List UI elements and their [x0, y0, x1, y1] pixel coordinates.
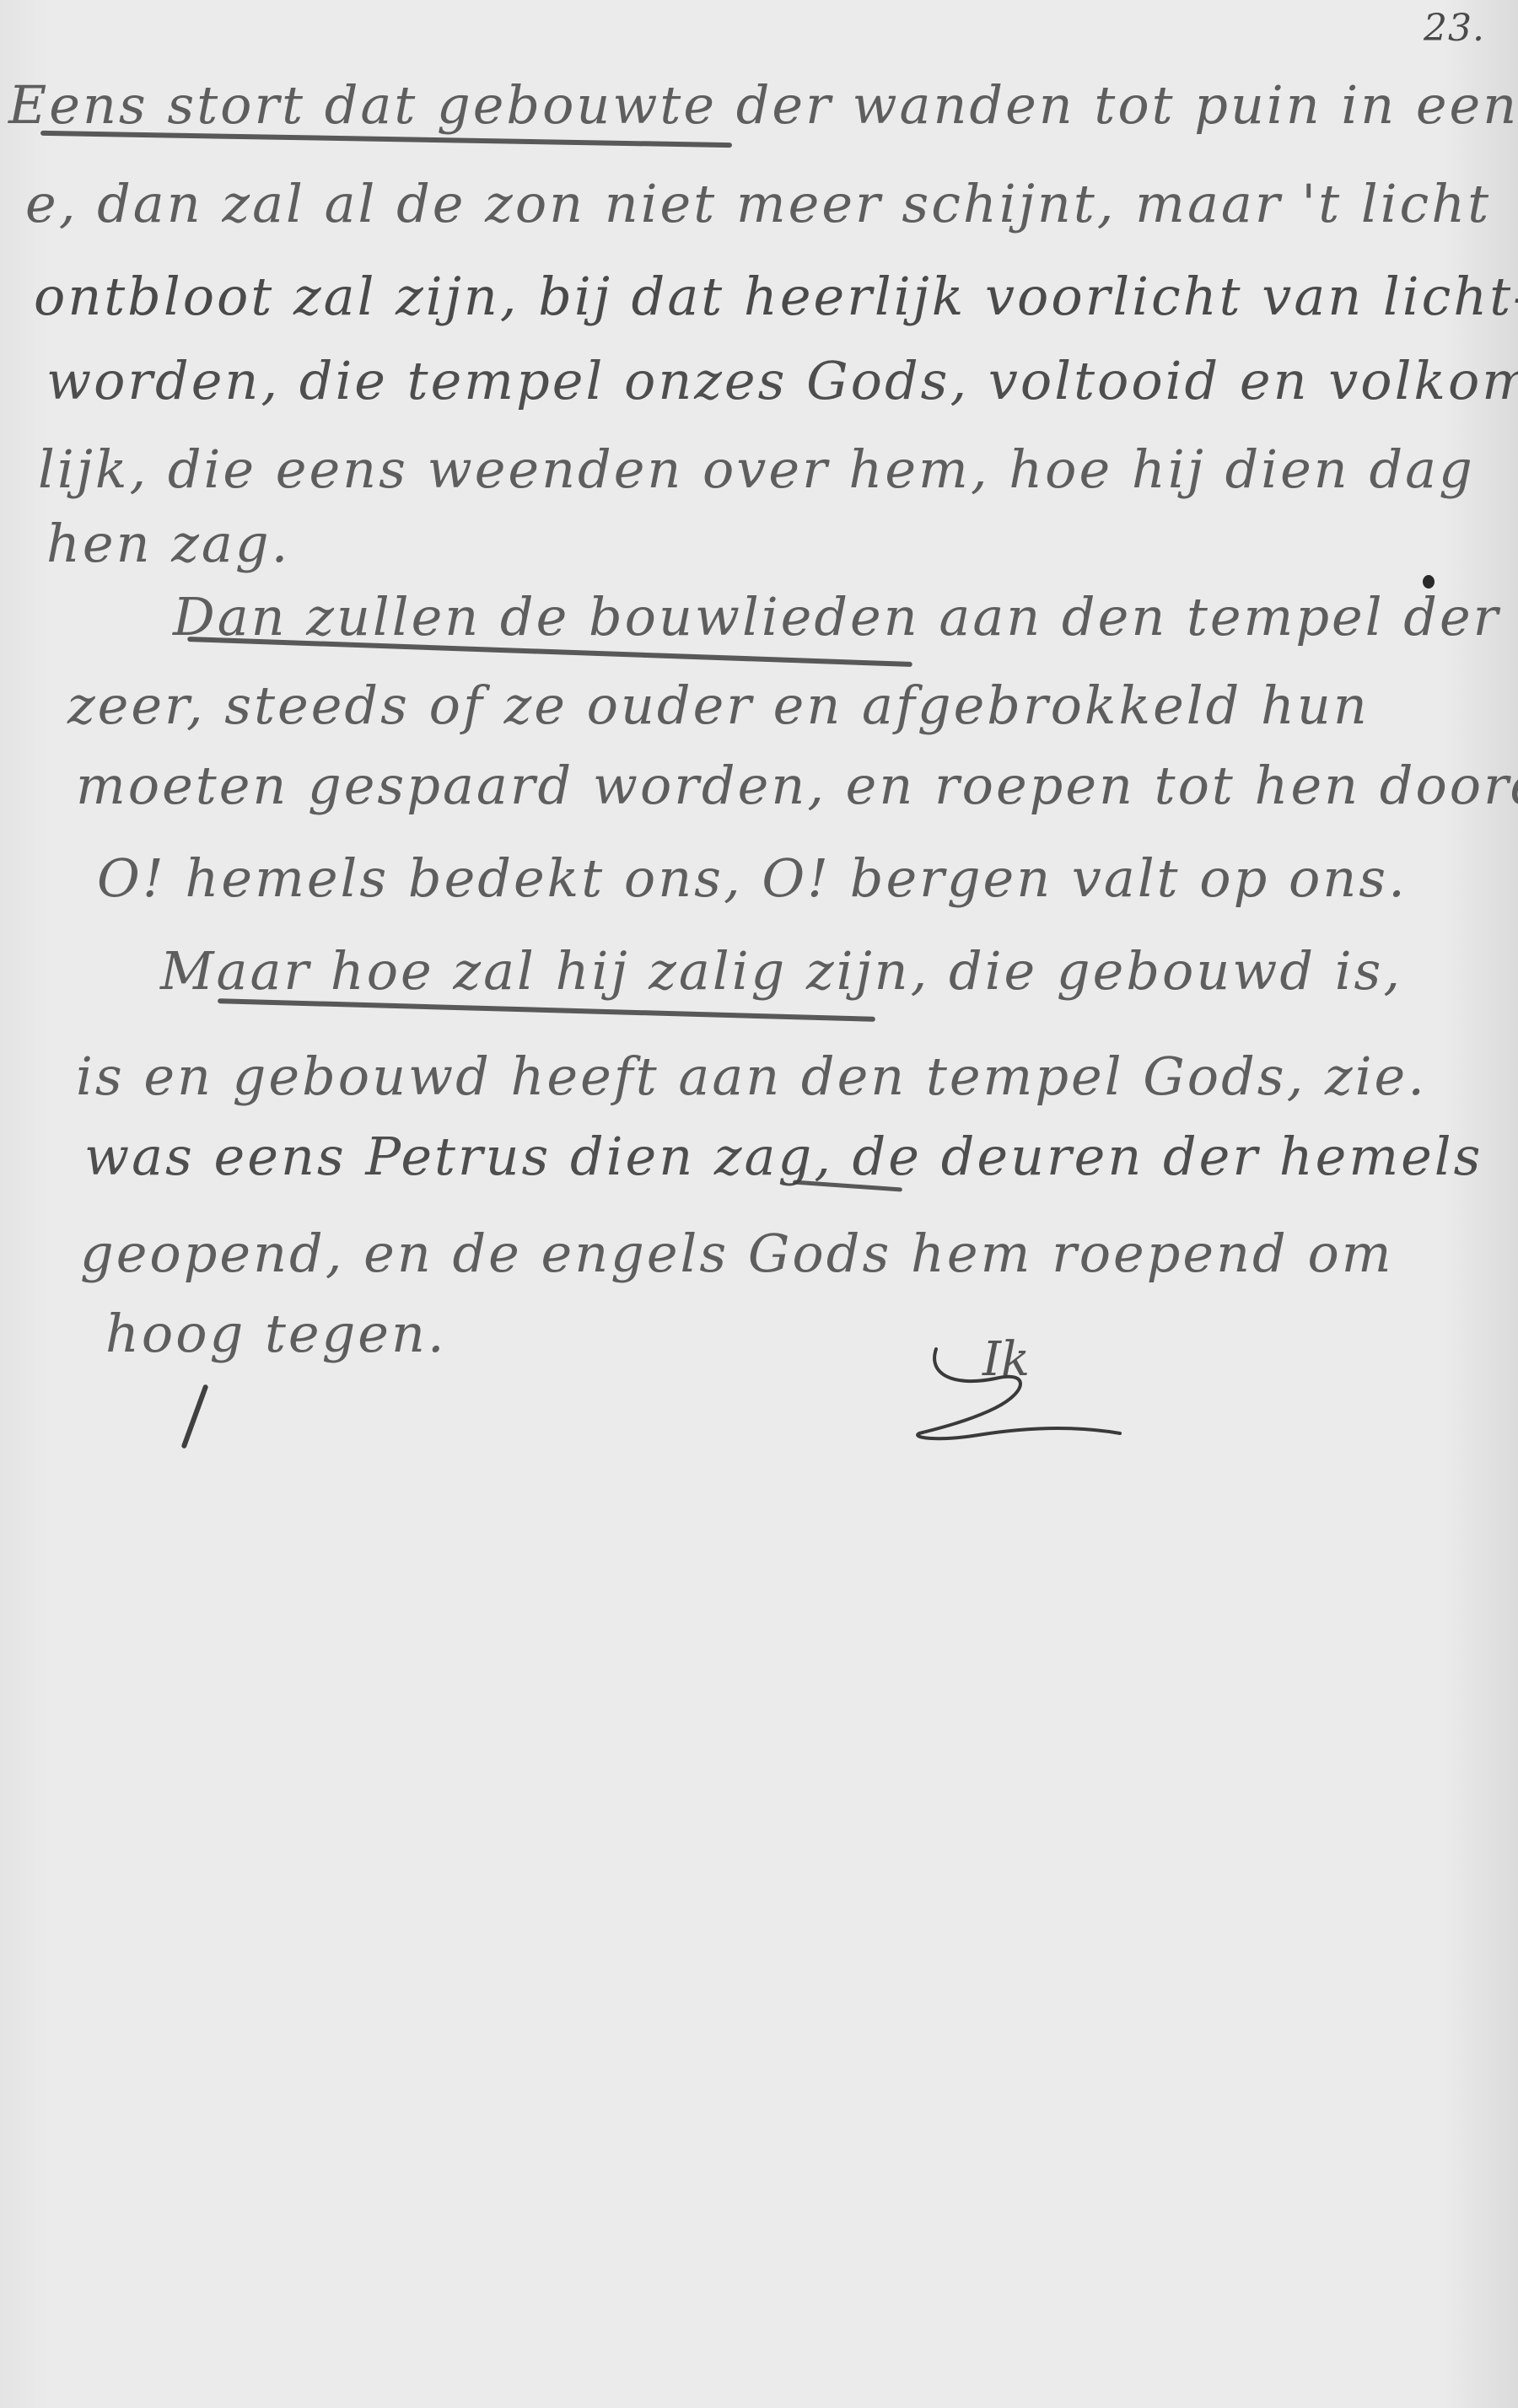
- pen-stroke: [181, 1384, 209, 1449]
- paragraph-1-line-5: lijk, die eens weenden over hem, hoe hij…: [38, 438, 1475, 500]
- signature-flourish: [902, 1341, 1155, 1450]
- manuscript-page: 23. Eens stort dat gebouwte der wanden t…: [0, 0, 1518, 2408]
- paragraph-1-line-4: worden, die tempel onzes Gods, voltooid …: [46, 350, 1518, 411]
- paragraph-3-line-3: was eens Petrus dien zag, de deuren der …: [84, 1126, 1483, 1187]
- paragraph-1-line-3: ontbloot zal zijn, bij dat heerlijk voor…: [34, 266, 1518, 327]
- paragraph-3-line-4: geopend, en de engels Gods hem roepend o…: [80, 1223, 1394, 1284]
- paragraph-3-line-1: Maar hoe zal hij zalig zijn, die gebouwd…: [160, 940, 1402, 1002]
- paragraph-2-line-1: Dan zullen de bouwlieden aan den tempel …: [173, 586, 1518, 648]
- paragraph-3-line-5: hoog tegen.: [105, 1303, 447, 1364]
- paragraph-2-line-4: O! hemels bedekt ons, O! bergen valt op …: [97, 847, 1408, 909]
- paragraph-2-line-2: zeer, steeds of ze ouder en afgebrokkeld…: [67, 675, 1370, 736]
- page-number: 23.: [1424, 7, 1485, 50]
- paragraph-3-line-2: is en gebouwd heeft aan den tempel Gods,…: [76, 1045, 1427, 1107]
- paragraph-1-line-1: Eens stort dat gebouwte der wanden tot p…: [8, 74, 1518, 136]
- paragraph-1-line-2: e, dan zal al de zon niet meer schijnt, …: [25, 173, 1491, 234]
- underline-paragraph-3: [218, 998, 875, 1022]
- paragraph-1-line-6: hen zag.: [46, 513, 290, 574]
- paragraph-2-line-3: moeten gespaard worden, en roepen tot he…: [76, 755, 1518, 816]
